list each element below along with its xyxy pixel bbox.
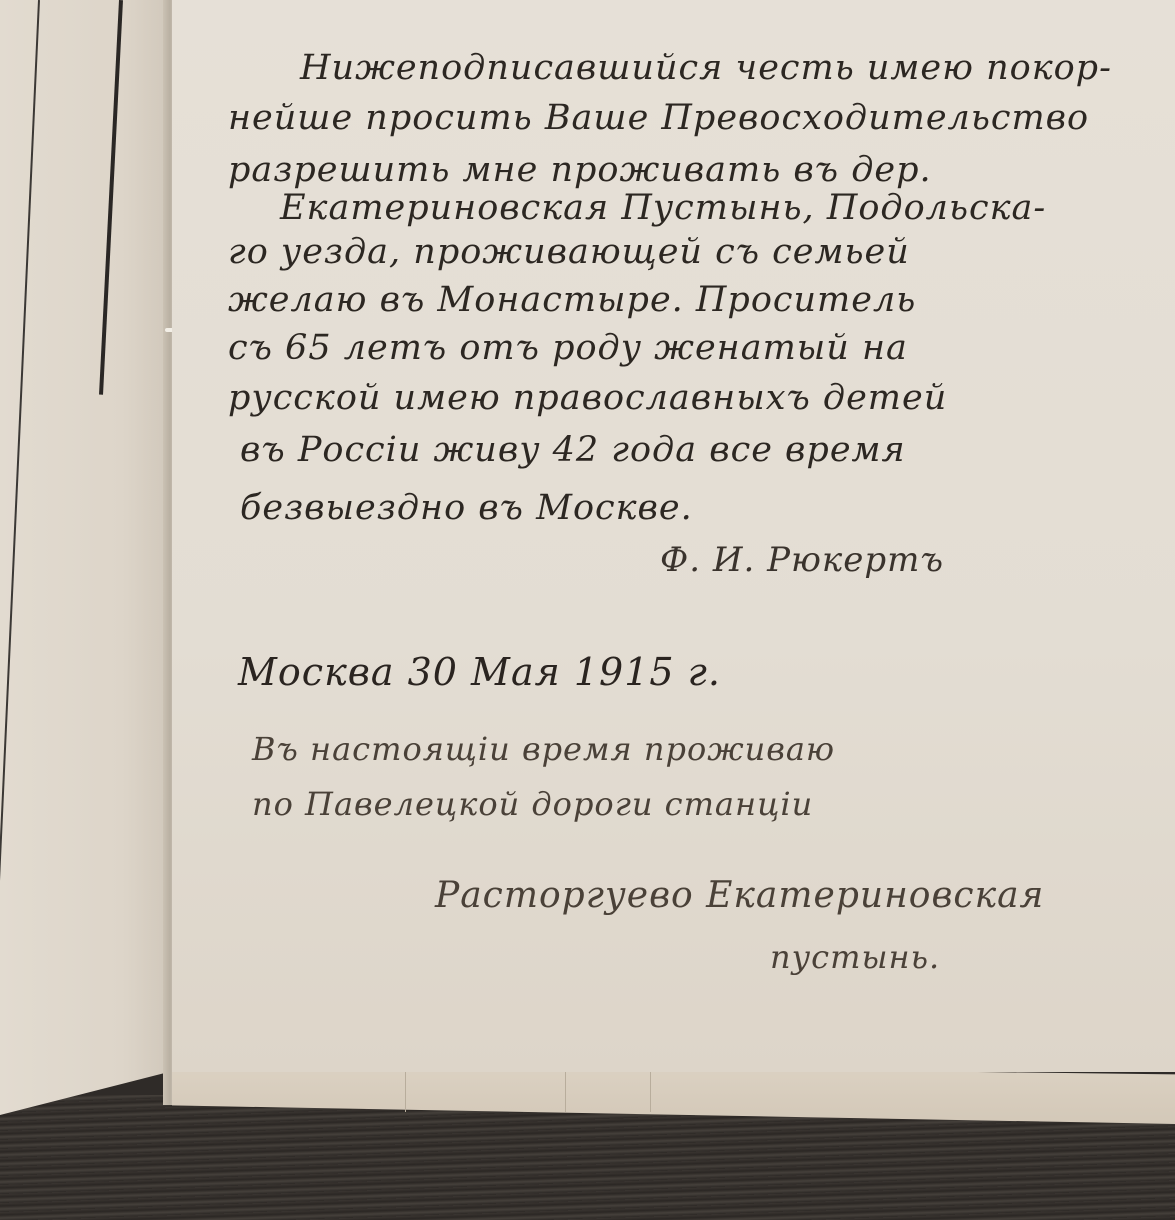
postscript-line-4: пустынь.	[770, 938, 940, 976]
body-line-8: русской имею православныхъ детей	[228, 378, 947, 418]
body-line-4: Екатериновская Пустынь, Подольска-	[280, 188, 1046, 228]
body-line-9: въ Россiи живу 42 года все время	[240, 430, 906, 470]
page-edge-tear	[405, 1068, 406, 1112]
date-line: Москва 30 Мая 1915 г.	[238, 650, 721, 694]
postscript-line-1: Въ настоящiи время проживаю	[252, 730, 835, 768]
body-line-5: го уезда, проживающей съ семьей	[228, 232, 910, 272]
postscript-line-2: по Павелецкой дороги станцiи	[252, 785, 813, 823]
body-line-10: безвыездно въ Москве.	[240, 488, 693, 528]
signature: Ф. И. Рюкертъ	[660, 540, 944, 580]
body-line-7: съ 65 летъ отъ роду женатый на	[228, 328, 908, 368]
body-line-6: желаю въ Монастыре. Проситель	[228, 280, 916, 320]
thick-margin-rule	[99, 0, 123, 395]
page-edge-tear	[565, 1068, 566, 1112]
body-line-1: Нижеподписавшийся честь имею покор-	[300, 48, 1112, 88]
page-edge-tear	[650, 1068, 651, 1112]
body-line-3: разрешить мне проживать въ дер.	[228, 150, 932, 190]
left-page	[0, 0, 175, 1115]
postscript-line-3: Расторгуево Екатериновская	[435, 875, 1044, 916]
body-line-2: нейше просить Ваше Превосходительство	[228, 98, 1089, 138]
thin-margin-rule	[0, 0, 40, 914]
